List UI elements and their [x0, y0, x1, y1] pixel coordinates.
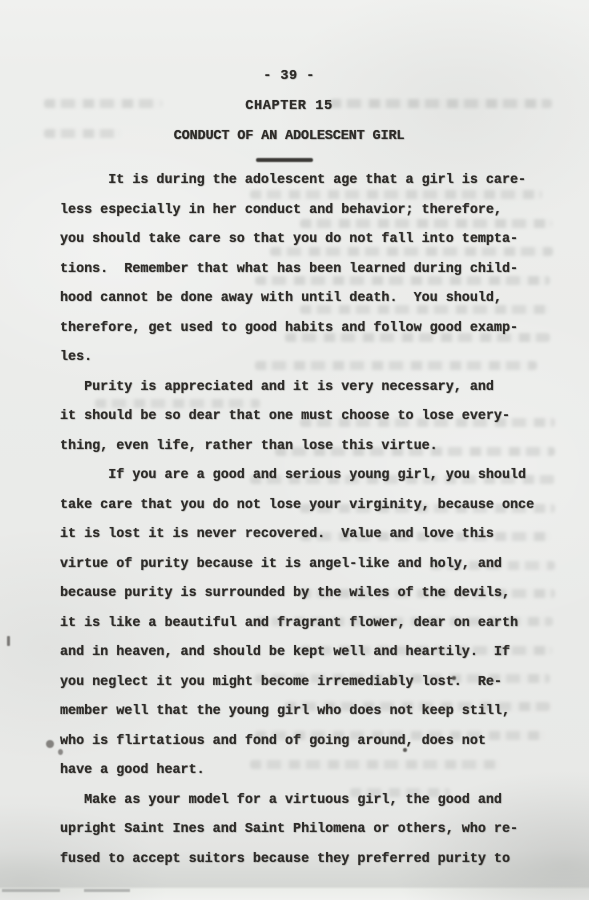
page-title: CONDUCT OF AN ADOLESCENT GIRL — [0, 129, 578, 144]
ink-speck — [46, 740, 54, 748]
chapter-heading: CHAPTER 15 — [0, 99, 578, 114]
page-number: - 39 - — [0, 69, 578, 84]
title-underline — [256, 158, 313, 162]
scanned-page: - 39 - CHAPTER 15 CONDUCT OF AN ADOLESCE… — [0, 0, 589, 900]
ink-speck — [7, 636, 10, 646]
scanner-watermark — [2, 889, 60, 892]
scanner-watermark — [84, 889, 130, 892]
body-text: It is during the adolescent age that a g… — [60, 166, 560, 874]
